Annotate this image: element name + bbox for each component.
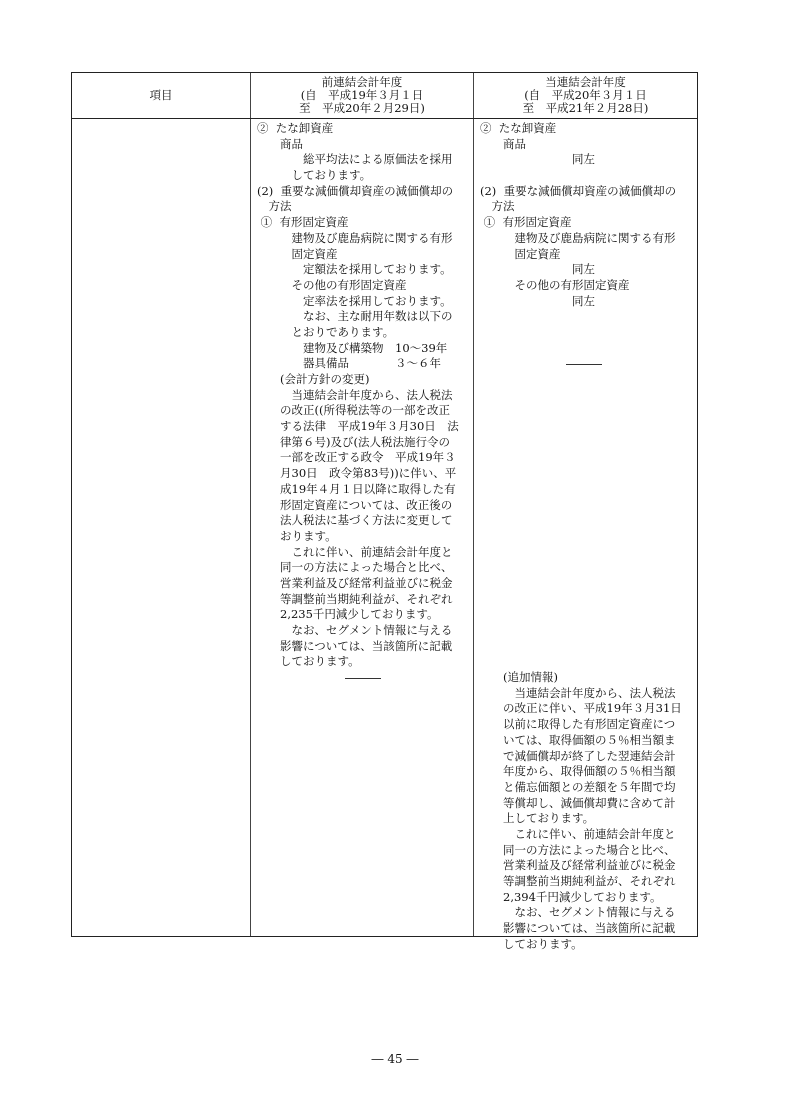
text-line: 建物及び鹿島病院に関する有形 — [257, 231, 473, 247]
text-line — [480, 168, 697, 184]
text-line: 商品 — [257, 137, 473, 153]
item-cell — [72, 119, 251, 936]
text-line: 影響については、当該箇所に記載 — [257, 639, 473, 655]
blank-line — [480, 639, 697, 655]
blank-line — [480, 372, 697, 388]
text-line: 固定資産 — [480, 247, 697, 263]
header-item: 項目 — [72, 73, 251, 118]
text-line: と備忘価額との差額を５年間で均 — [480, 780, 697, 796]
text-line: 年度から、取得価額の５％相当額 — [480, 764, 697, 780]
header-curr-year: 当連結会計年度 (自 平成20年３月１日 至 平成21年２月28日) — [474, 73, 697, 118]
text-line: 営業利益及び経常利益並びに税金 — [257, 576, 473, 592]
text-line: 形固定資産については、改正後の — [257, 498, 473, 514]
text-line: 影響については、当該箇所に記載 — [480, 921, 697, 937]
text-line: 月30日 政令第83号))に伴い、平 — [257, 466, 473, 482]
blank-line — [480, 403, 697, 419]
text-line: ② たな卸資産 — [480, 121, 697, 137]
header-prev-year: 前連結会計年度 (自 平成19年３月１日 至 平成20年２月29日) — [251, 73, 474, 118]
text-line: (追加情報) — [480, 670, 697, 686]
text-line: 成19年４月１日以降に取得した有 — [257, 482, 473, 498]
text-line: しております。 — [257, 168, 473, 184]
blank-line — [480, 435, 697, 451]
table-header-row: 項目 前連結会計年度 (自 平成19年３月１日 至 平成20年２月29日) 当連… — [72, 73, 697, 119]
blank-line — [480, 450, 697, 466]
blank-line — [480, 498, 697, 514]
text-line: 定率法を採用しております。 — [257, 294, 473, 310]
text-line: しております。 — [257, 654, 473, 670]
blank-line — [480, 482, 697, 498]
curr-year-to: 至 平成21年２月28日) — [523, 102, 649, 115]
text-line: する法律 平成19年３月30日 法 — [257, 419, 473, 435]
text-line: 建物及び鹿島病院に関する有形 — [480, 231, 697, 247]
text-line: 同左 — [480, 152, 697, 168]
text-line: で減価償却が終了した翌連結会計 — [480, 749, 697, 765]
text-line: 営業利益及び経常利益並びに税金 — [480, 858, 697, 874]
text-line: の改正に伴い、平成19年３月31日 — [480, 701, 697, 717]
blank-line — [480, 513, 697, 529]
text-line: 法人税法に基づく方法に変更して — [257, 513, 473, 529]
accounting-policy-table: 項目 前連結会計年度 (自 平成19年３月１日 至 平成20年２月29日) 当連… — [71, 72, 698, 937]
text-line: 方法 — [257, 199, 473, 215]
blank-line — [480, 560, 697, 576]
text-line: 2,394千円減少しております。 — [480, 890, 697, 906]
text-line: おります。 — [257, 529, 473, 545]
text-line: 固定資産 — [257, 247, 473, 263]
text-line: なお、セグメント情報に与える — [257, 623, 473, 639]
text-line: これに伴い、前連結会計年度と — [480, 827, 697, 843]
text-line: 定額法を採用しております。 — [257, 262, 473, 278]
table-body-row: ② たな卸資産 商品 総平均法による原価法を採用 しております。(2) 重要な減… — [72, 119, 697, 936]
text-line: しております。 — [480, 937, 697, 953]
text-line: 総平均法による原価法を採用 — [257, 152, 473, 168]
text-line: いては、取得価額の５％相当額ま — [480, 733, 697, 749]
blank-line — [480, 654, 697, 670]
blank-line — [480, 341, 697, 357]
blank-line — [480, 309, 697, 325]
blank-line — [480, 592, 697, 608]
text-line: 同左 — [480, 262, 697, 278]
text-line: その他の有形固定資産 — [480, 278, 697, 294]
prev-year-cell: ② たな卸資産 商品 総平均法による原価法を採用 しております。(2) 重要な減… — [251, 119, 474, 936]
blank-line — [480, 623, 697, 639]
text-line: 器具備品 ３～６年 — [257, 356, 473, 372]
text-line: 一部を改正する政令 平成19年３ — [257, 450, 473, 466]
blank-line — [480, 466, 697, 482]
blank-line — [480, 529, 697, 545]
text-line: 等調整前当期純利益が、それぞれ — [257, 592, 473, 608]
text-line: 等調整前当期純利益が、それぞれ — [480, 874, 697, 890]
text-line: (2) 重要な減価償却資産の減価償却の — [257, 184, 473, 200]
text-line: 以前に取得した有形固定資産につ — [480, 717, 697, 733]
prev-year-to: 至 平成20年２月29日) — [299, 102, 425, 115]
not-applicable-dash — [257, 670, 473, 686]
text-line: ② たな卸資産 — [257, 121, 473, 137]
text-line: 方法 — [480, 199, 697, 215]
text-line: 同一の方法によった場合と比べ、 — [257, 560, 473, 576]
text-line: とおりであります。 — [257, 325, 473, 341]
text-line: 上しております。 — [480, 811, 697, 827]
blank-line — [480, 607, 697, 623]
blank-line — [480, 545, 697, 561]
text-line: 同左 — [480, 294, 697, 310]
blank-line — [480, 388, 697, 404]
text-line: ① 有形固定資産 — [480, 215, 697, 231]
text-line: 等償却し、減価償却費に含めて計 — [480, 796, 697, 812]
text-line: 2,235千円減少しております。 — [257, 607, 473, 623]
text-line: (2) 重要な減価償却資産の減価償却の — [480, 184, 697, 200]
text-line: の改正((所得税法等の一部を改正 — [257, 403, 473, 419]
text-line: なお、セグメント情報に与える — [480, 905, 697, 921]
blank-line — [480, 325, 697, 341]
text-line: 商品 — [480, 137, 697, 153]
text-line: なお、主な耐用年数は以下の — [257, 309, 473, 325]
header-item-label: 項目 — [150, 89, 173, 102]
not-applicable-dash — [480, 356, 697, 372]
curr-year-cell: ② たな卸資産 商品 同左(2) 重要な減価償却資産の減価償却の 方法 ① 有形… — [474, 119, 697, 936]
text-line: 同一の方法によった場合と比べ、 — [480, 843, 697, 859]
text-line: 建物及び構築物 10～39年 — [257, 341, 473, 357]
text-line: これに伴い、前連結会計年度と — [257, 545, 473, 561]
text-line: (会計方針の変更) — [257, 372, 473, 388]
text-line: 当連結会計年度から、法人税法 — [480, 686, 697, 702]
page-number: ― 45 ― — [0, 1052, 790, 1066]
blank-line — [480, 419, 697, 435]
text-line: 律第６号)及び(法人税法施行令の — [257, 435, 473, 451]
blank-line — [480, 576, 697, 592]
text-line: 当連結会計年度から、法人税法 — [257, 388, 473, 404]
text-line: ① 有形固定資産 — [257, 215, 473, 231]
text-line: その他の有形固定資産 — [257, 278, 473, 294]
